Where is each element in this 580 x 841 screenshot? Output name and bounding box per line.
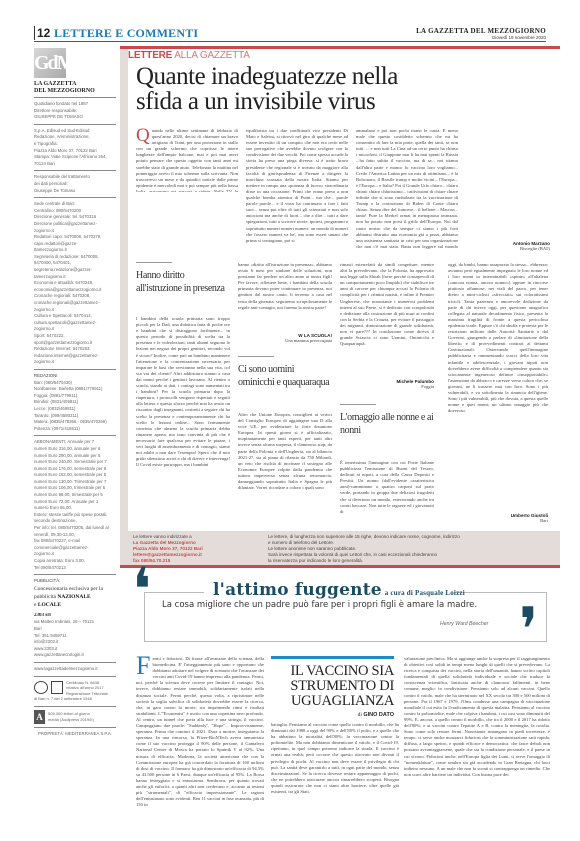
certificate-row: Certificato N. 8638 relativo all'anno 20…	[34, 680, 116, 697]
gdm-logo-icon: GdM	[34, 48, 66, 78]
vaccine-title: IL VACCINO SIA STRUMENTO DI UGUAGLIANZA	[271, 664, 394, 709]
letter4-col4: oggi, da bimbi, hanno assaporato la stes…	[448, 262, 548, 494]
divider	[34, 435, 116, 436]
readers-row: A 505.000 lettori al giorno media (Audip…	[34, 710, 116, 724]
vaccine-col2: battaglia. Pensiamo al vaccino come quel…	[271, 722, 399, 838]
letters-rules: Le lettere, di lunghezza non superiore a…	[268, 534, 556, 564]
letter3-signature: Michele Palumbo Foggia	[340, 376, 434, 389]
close-quote-icon: ❜	[519, 600, 538, 660]
divider	[34, 676, 116, 677]
company-info: 2303 srl via Matteo Imbriani, 26 – 70121…	[34, 613, 116, 659]
vaccine-byline: di GINO DATO	[271, 712, 394, 718]
divider	[34, 662, 116, 663]
divider	[34, 97, 116, 98]
masthead-title: LA GAZZETTA DEL MEZZOGIORNO	[34, 81, 116, 94]
divider	[34, 124, 116, 125]
letter3-col3: rimasti esterrefatti da simili congettur…	[340, 262, 434, 368]
letter2-heading: Hanno diritto all'istruzione in presenza	[136, 262, 230, 295]
publisher-info: S.p.A. Edisud ed Sud-Edisud Redazione, A…	[34, 128, 116, 168]
divider	[34, 170, 116, 171]
main-letter-col3: ammalano e poi non pochi tirano le cuoia…	[356, 128, 458, 250]
main-letter-title: Quante inadeguatezze nella sfida a un in…	[136, 64, 436, 114]
masthead-column: GdM LA GAZZETTA DEL MEZZOGIORNO Quotidia…	[34, 48, 116, 838]
quote-author: Henry Ward Beecher	[440, 621, 488, 627]
divider	[34, 197, 116, 198]
page-number: 12	[34, 26, 50, 40]
issue-date: Giovedì 19 novembre 2020	[492, 35, 546, 40]
advertising-info: PUBBLICITÀ: Concessionaria esclusiva per…	[34, 578, 116, 609]
owner: PROPRIETÀ: MEDITERRANEA S.P.A.	[34, 731, 116, 738]
certification-seal-icon	[34, 681, 48, 694]
quote-text: La cosa migliore che un padre può fare p…	[162, 600, 477, 610]
vaccine-title-bar	[271, 656, 394, 659]
open-quote-icon: ❛	[132, 560, 151, 620]
founded-info: Quotidiano fondato nel 1887 Direttore re…	[34, 101, 116, 121]
divider	[34, 706, 116, 707]
letter4-heading: L'omaggio alle nonne e ai nonni	[340, 404, 434, 437]
letter2-col1: I bambini della scuola primaria sono tro…	[136, 316, 230, 530]
ads-certification-icon	[51, 681, 63, 694]
main-letter-col2: equilibrista tra i due conflittuali vice…	[246, 128, 348, 250]
divider	[34, 727, 116, 728]
quote-heading: l'attimo fuggentea cura di Pasquale Loiz…	[213, 580, 465, 600]
letter3-heading: Ci sono uomini ominicchi e quaquaraqua	[238, 356, 332, 389]
contacts-info: Sede centrale di Bari: Centralino: 080/5…	[34, 201, 116, 366]
vaccine-col3: valutazione preclinica. Ma si aggiunge a…	[404, 656, 550, 838]
website: www.lagazzettadelmezzogiorno.it	[34, 666, 116, 673]
main-letter-col1-full	[136, 128, 239, 250]
redazioni-info: REDAZIONI Bari: (080/5470430) Nordbarese…	[34, 373, 116, 432]
letter2-col2: hanno «diritto all'istruzione in presenz…	[238, 262, 332, 326]
dropcap: F	[136, 656, 150, 676]
divider	[34, 574, 116, 575]
newspaper-name: LA GAZZETTA DEL MEZZOGIORNO	[416, 27, 546, 35]
vaccine-col1: Fermi e fiduciosi. Di fronte all'avanzar…	[136, 656, 264, 838]
divider	[34, 369, 116, 370]
registration: di Bari n. 7 del 2 settembre 1948	[34, 696, 116, 703]
letter2-signature: W LA SCUOLA! Una mamma preoccupata	[238, 330, 332, 343]
letter4-col3: È tenerissima l'immagine con cui Poste I…	[340, 460, 434, 530]
letter3-col2: Altro che Unione Europea, consiglieri ai…	[238, 412, 332, 530]
letter4-signature: Umberto Giustoli Bari	[448, 510, 548, 523]
page-header: 12 LETTERE E COMMENTI LA GAZZETTA DEL ME…	[34, 26, 546, 42]
section-title: LETTERE E COMMENTI	[54, 26, 198, 41]
main-letter-signature: Antonio Marzano Bisceglie (BAT)	[470, 238, 550, 251]
subscriptions-info: ABBONAMENTI: Annuale per 7 numeri Euro 3…	[34, 439, 116, 571]
privacy-info: Responsabile del trattamento dei dati pe…	[34, 174, 116, 194]
audipress-icon: A	[34, 710, 45, 724]
letters-section-label: LETTERE ALLA GAZZETTA	[128, 50, 250, 61]
letters-top-bar	[120, 46, 560, 49]
letters-footer-box: Le lettere vanno indirizzate a La Gazzet…	[128, 531, 560, 565]
letters-bottom-bar	[120, 565, 560, 568]
